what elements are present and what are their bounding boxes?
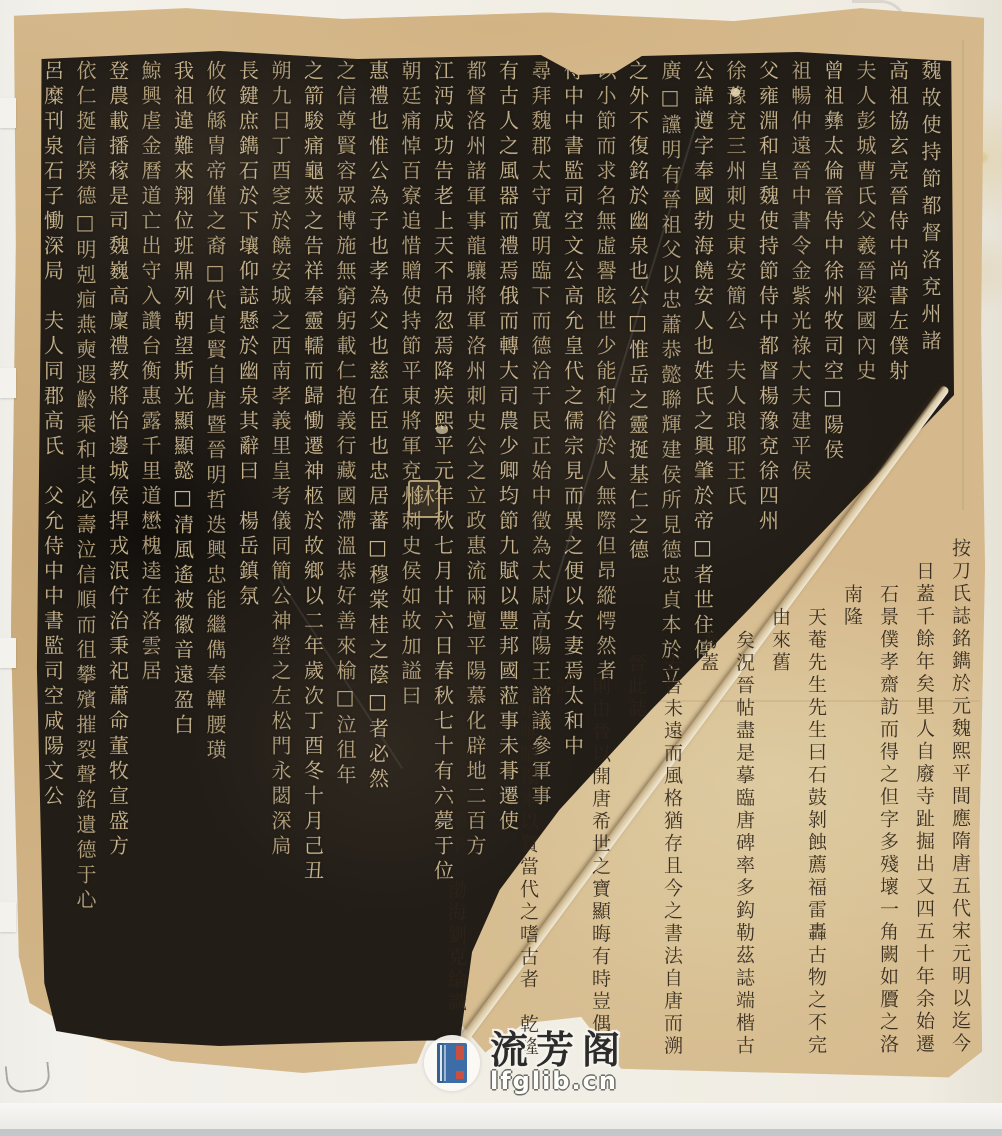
watermark-site-name: 流芳阁 <box>490 1032 628 1068</box>
watermark-badge: 流芳阁 lfglib.cn <box>424 1032 628 1094</box>
crease-line <box>962 40 964 510</box>
colophon-column: 余唯購搨本以質當代之嗜古者 乾隆二十 <box>474 538 546 1066</box>
scan-edge <box>0 1103 1002 1129</box>
colophon-text: 按刀氏誌銘鐫於元魏熙平間應隋唐五代宋元明以迄今 日蓋千餘年矣里人自廢寺趾掘出又四… <box>646 538 978 1066</box>
book-icon-badge <box>424 1035 480 1091</box>
damage-spot <box>731 88 740 97</box>
epitaph-column: 惠禮也惟公為子也孝為父也慈在臣也忠居蕃□穆棠桂之蔭□者必然 <box>361 60 394 1044</box>
epitaph-column: 我祖違難來翔位班鼎列朝望斯光顯顯懿□清風遙被徽音遠盈白 <box>166 60 199 1044</box>
colophon-column: 按刀氏誌銘鐫於元魏熙平間應隋唐五代宋元明以迄今 <box>942 538 978 1066</box>
epitaph-column: 朝廷痛悼百寮追惜贈使持節平東將軍兗州刺史侯如故加謚曰 <box>394 60 427 1044</box>
colophon-signature-column: 七年歲次壬午 渤海劉克綸識 <box>438 538 474 1066</box>
collector-seal: 鈢 <box>408 480 440 518</box>
epitaph-column: 朔九日丁酉窆於饒安城之西南孝義里皇考儀同簡公神塋之左松門永閟深扃 <box>264 60 297 1044</box>
colophon-column: 石景僕孝齋訪而得之但字多殘壞一角闕如贗之洛南隆 <box>834 538 906 1066</box>
epitaph-column: 登農載播稼是司魏巍高廩禮教將怡邊城侯捍戎泯佇治秉祀蕭命董牧宣盛方 <box>101 60 134 1044</box>
epitaph-column: 之箭駿痛龜莢之告祥奉靈轜而歸慟遷神柩於故鄉以二年歲次丁酉冬十月己丑 <box>296 60 329 1044</box>
epitaph-column: 依仁挻信揆德□明剋痐燕奭遐齡乘和其必壽泣信順而徂攀殯摧裂聲銘遺德于心 <box>69 60 102 1044</box>
tape-tab <box>0 638 16 668</box>
colophon-column: 矣況晉帖盡是摹臨唐碑率多鈎勒茲誌端楷古秀蓋 <box>690 538 762 1066</box>
watermark-site-url: lfglib.cn <box>490 1068 628 1094</box>
colophon-column: 則由晉以開唐希世之寶顯晦有時豈偶然諸 <box>546 538 618 1066</box>
epitaph-column: 攸攸緜冑帝僅之裔□代貞賢自唐暨晉明哲迭興忠能繼儁奉韠腰璜 <box>199 60 232 1044</box>
epitaph-column: 之信尊賢容眾博施無窮躬載仁抱義行藏國滯溫恭好善來榆□泣徂年 <box>329 60 362 1044</box>
colophon-column: 去晉未遠而風格猶存且今之書法自唐而溯晉此誌 <box>618 538 690 1066</box>
tape-tab <box>0 98 16 128</box>
epitaph-column: 長鍵庶鐫石於下壤仰誌懸於幽泉其辭曰 楊岳鎮氛 <box>231 60 264 1044</box>
tape-tab <box>0 368 16 398</box>
stitched-book-icon <box>437 1043 467 1083</box>
colophon-column: 天菴先生先生曰石鼓剝蝕薦福雷轟古物之不完由來舊 <box>762 538 834 1066</box>
damage-spot <box>436 426 448 434</box>
book-seal-icon <box>456 1071 464 1079</box>
epitaph-column: 鯨興虐金曆道亡出守入讚台衡惠露千里道懋槐逵在洛雲居 <box>134 60 167 1044</box>
colophon-column: 日蓋千餘年矣里人自廢寺趾掘出又四五十年余始遷 <box>906 538 942 1066</box>
tape-tab <box>0 902 16 932</box>
scan-edge-bar <box>0 1129 1002 1136</box>
book-label-icon <box>456 1046 464 1060</box>
